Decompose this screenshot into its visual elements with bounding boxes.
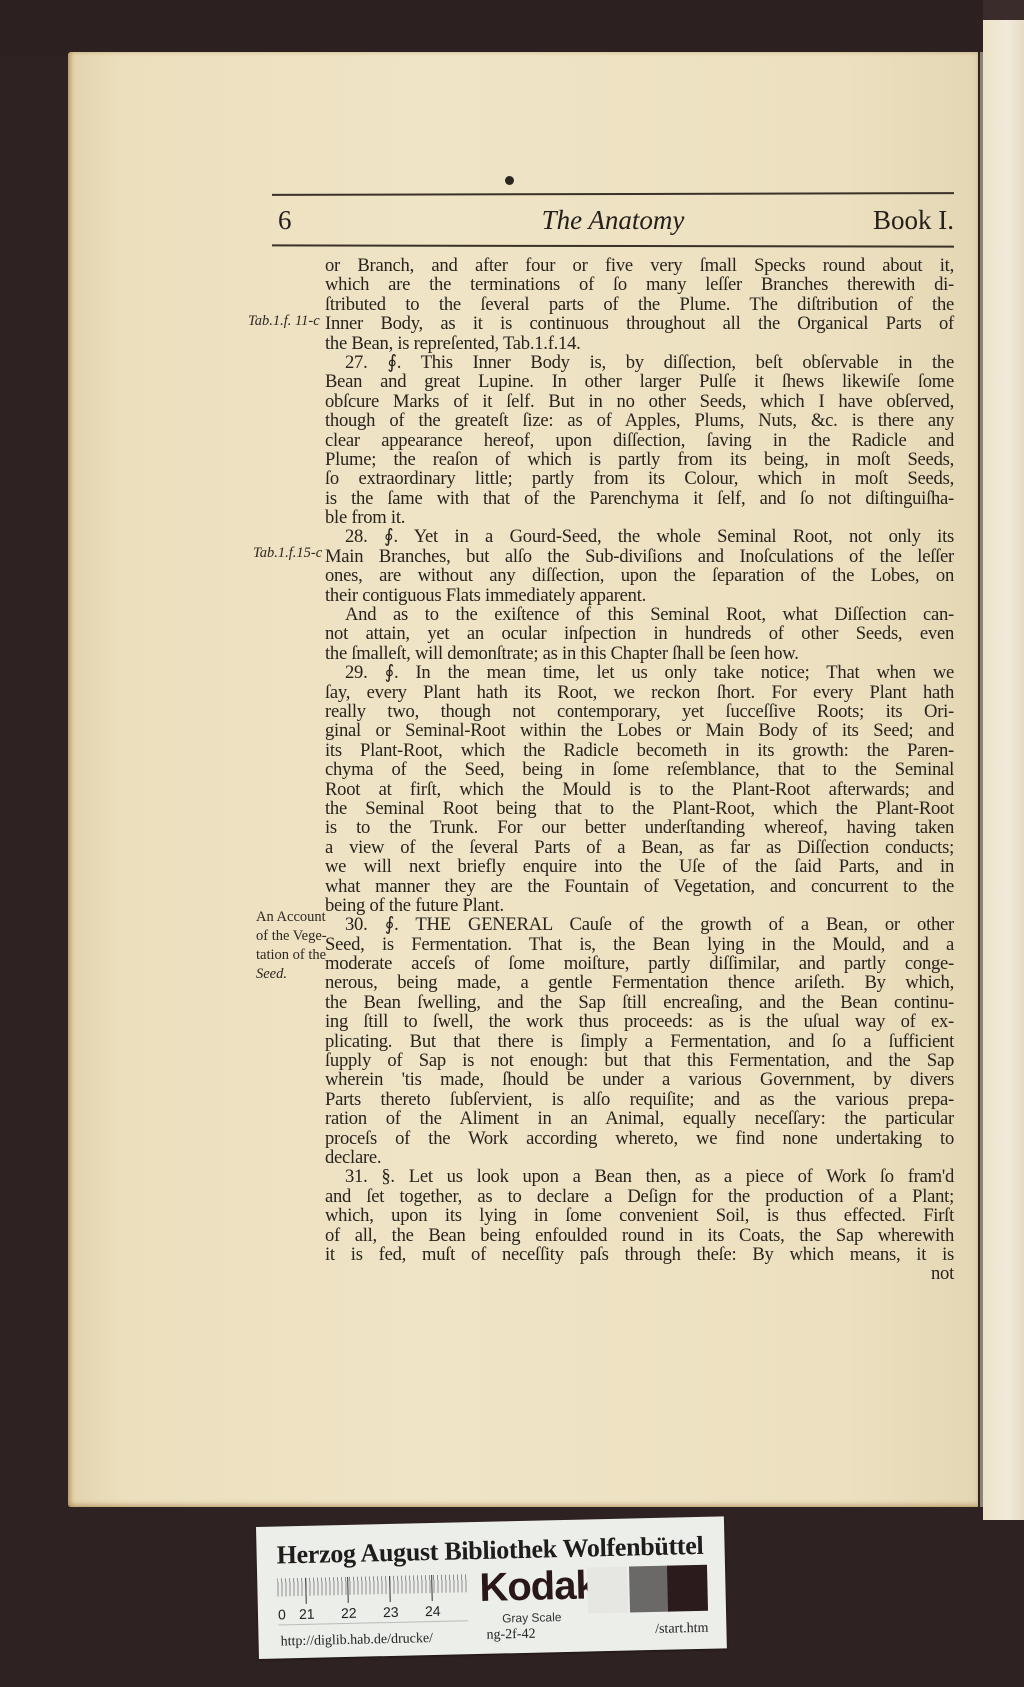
ruler-label: 24 [425,1603,441,1619]
scale-ruler: 0 21 22 23 24 [277,1574,468,1625]
text-line: not attain, yet an ocular inſpection in … [325,624,954,643]
text-line: Main Branches, but alſo the Sub-diviſion… [325,547,954,566]
kodak-logo: Kodak [479,1563,597,1611]
text-line: Plume; the reaſon of which is partly fro… [325,450,954,469]
paragraph-31-start: 31. §. Let us look upon a Bean then, as … [325,1167,954,1186]
text-line: ones, are without any diſſection, upon t… [325,566,954,585]
margin-note-account-1: An Account [256,909,326,926]
text-line: ing ſtill to ſwell, the work thus procee… [325,1012,954,1031]
text-line: we will next briefly enquire into the Uſ… [325,857,954,876]
text-line: though of the greateſt ſize: as of Apple… [325,411,954,430]
ruler-label: 21 [299,1606,315,1622]
text-line: Parts thereto ſubſervient, is alſo requi… [325,1090,954,1109]
text-line: Root at firſt, which the Mould is to the… [325,780,954,799]
ruler-label: 23 [383,1604,399,1620]
start-page-label: /start.htm [655,1621,709,1638]
text-line: wherein 'tis made, ſhould be under a var… [325,1070,954,1089]
text-line: ſo extraordinary little; partly from its… [325,469,954,488]
paragraph-28-start: 28. ∮. Yet in a Gourd-Seed, the whole Se… [325,527,954,546]
paragraph-30-start: 30. ∮. THE GENERAL Cauſe of the growth o… [325,915,954,934]
shelfmark-code: ng-2f-42 [486,1627,535,1644]
margin-note-tab-1-f11: Tab.1.f. 11-c [248,313,320,330]
text-line: And as to the exiſtence of this Seminal … [325,605,954,624]
gray-patch-white [587,1567,628,1614]
text-line: plicating. But that there is ſimply a Fe… [325,1032,954,1051]
text-line: ginal or Seminal-Root within the Lobes o… [325,721,954,740]
text-line: ſupply of Sap is not enough: but that th… [325,1051,954,1070]
running-head: 6 The Anatomy Book I. [272,203,954,239]
text-line: which are the terminations of ſo many le… [325,275,954,294]
library-url: http://diglib.hab.de/drucke/ [280,1631,433,1650]
gray-patch-dark [667,1565,708,1612]
text-line: Seed, is Fermentation. That is, the Bean… [325,935,954,954]
book-label: Book I. [873,205,954,236]
text-line: or Branch, and after four or five very ſ… [325,256,954,275]
text-line: is the ſame with that of the Parenchyma … [325,489,954,508]
text-line: is to the Trunk. For our better underſta… [325,818,954,837]
scan-background-corner [983,0,1024,20]
text-line: its Plant-Root, which the Radicle become… [325,741,954,760]
text-line: it is fed, muſt of neceſſity paſs throug… [325,1245,954,1264]
text-line: obſcure Marks of it ſelf. But in no othe… [325,392,954,411]
text-line: and ſet together, as to declare a Deſign… [325,1187,954,1206]
text-line: a view of the ſeveral Parts of a Bean, a… [325,838,954,857]
gray-scale-label: Gray Scale [502,1610,562,1625]
text-line: ble from it. [325,508,954,527]
ink-dot-ornament [505,176,514,185]
text-line: Inner Body, as it is continuous througho… [325,314,954,333]
text-line: what manner they are the Fountain of Veg… [325,877,954,896]
text-line: declare. [325,1148,954,1167]
body-text: or Branch, and after four or five very ſ… [325,256,954,1284]
text-line: the Seminal Root being that to the Plant… [325,799,954,818]
text-line: nerous, being made, a gentle Fermentatio… [325,973,954,992]
text-line: the Bean ſwelling, and the Sap ſtill enc… [325,993,954,1012]
library-color-card: Herzog August Bibliothek Wolfenbüttel 0 … [256,1516,727,1659]
text-line: ſay, every Plant hath its Root, we recko… [325,683,954,702]
margin-note-account-3: tation of the [256,947,326,964]
gray-patch-mid [629,1566,670,1613]
text-line: the ſmalleſt, will demonſtrate; as in th… [325,644,954,663]
ruler-label: 0 [278,1606,286,1622]
text-line: ſtributed to the ſeveral parts of the Pl… [325,295,954,314]
margin-note-account-2: of the Vege- [256,928,327,945]
paragraph-27-start: 27. ∮. This Inner Body is, by diſſection… [325,353,954,372]
text-line: the Bean, is repreſented, Tab.1.f.14. [325,334,954,353]
margin-note-account-4: Seed. [256,966,287,983]
text-line: their contiguous Flats immediately appar… [325,586,954,605]
text-line: which, upon its lying in ſome convenient… [325,1206,954,1225]
text-line: proceſs of the Work according whereto, w… [325,1129,954,1148]
catchword: not [325,1264,954,1283]
library-name: Herzog August Bibliothek Wolfenbüttel [276,1531,703,1571]
text-line: moderate acceſs of ſome moiſture, partly… [325,954,954,973]
text-line: ration of the Aliment in an Animal, equa… [325,1109,954,1128]
text-line: Bean and great Lupine. In other larger P… [325,372,954,391]
paragraph-29-start: 29. ∮. In the mean time, let us only tak… [325,663,954,682]
scan-background-top [0,0,1024,56]
running-title: The Anatomy [272,205,954,236]
text-line: chyma of the Seed, being in ſome reſembl… [325,760,954,779]
ruler-label: 22 [341,1605,357,1621]
margin-note-tab-1-f15: Tab.1.f.15-c [253,545,322,562]
text-line: really two, though not contemporary, yet… [325,702,954,721]
facing-page-edge [983,20,1024,1520]
text-line: of all, the Bean being enfoulded round i… [325,1226,954,1245]
text-line: being of the future Plant. [325,896,954,915]
text-line: clear appearance hereof, upon diſſection… [325,431,954,450]
